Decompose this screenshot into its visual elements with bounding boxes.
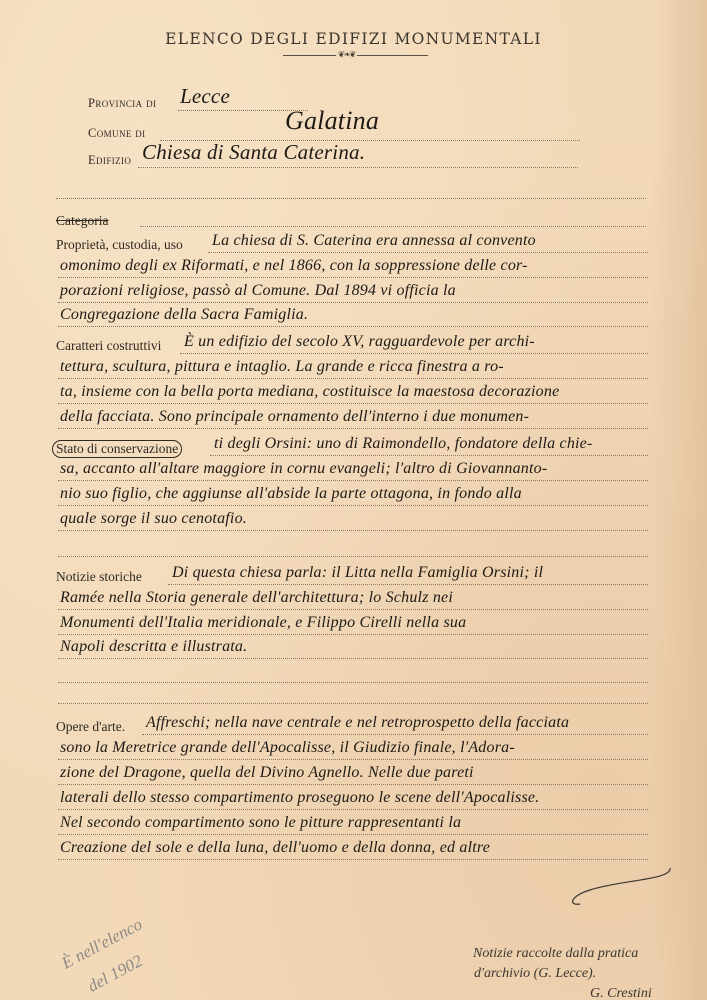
stato-line-4 — [58, 530, 648, 531]
opere-text-3: zione del Dragone, quella del Divino Agn… — [60, 764, 474, 782]
categoria-line — [140, 226, 646, 227]
flourish-icon — [560, 860, 680, 910]
stato-line-2 — [58, 480, 648, 481]
stato-text-2: sa, accanto all'altare maggiore in cornu… — [60, 460, 547, 478]
opere-label: Opere d'arte. — [56, 719, 125, 735]
caratteri-text-4: della facciata. Sono principale ornament… — [60, 408, 529, 426]
opere-line-3 — [58, 784, 648, 785]
proprieta-text-1: La chiesa di S. Caterina era annessa al … — [212, 232, 536, 250]
stato-label: Stato di conservazione — [52, 440, 182, 458]
notizie-line-3 — [58, 634, 648, 635]
caratteri-line-1 — [180, 353, 648, 354]
stato-text-1: ti degli Orsini: uno di Raimondello, fon… — [214, 435, 593, 453]
notizie-text-3: Monumenti dell'Italia meridionale, e Fil… — [60, 614, 466, 632]
categoria-label: Categoria — [56, 213, 108, 229]
opere-line-4 — [58, 809, 648, 810]
opere-line-1 — [142, 734, 648, 735]
opere-text-5: Nel secondo compartimento sono le pittur… — [60, 814, 461, 832]
proprieta-text-3: porazioni religiose, passò al Comune. Da… — [60, 282, 456, 300]
proprieta-line-1 — [208, 252, 648, 253]
document-title: ELENCO DEGLI EDIFIZI MONUMENTALI — [0, 30, 707, 48]
comune-value: Galatina — [285, 106, 379, 136]
title-ornament-icon: ❦❧❦ — [336, 50, 357, 59]
provincia-value: Lecce — [180, 84, 230, 109]
notizie-text-1: Di questa chiesa parla: il Litta nella F… — [172, 564, 543, 582]
caratteri-line-4 — [58, 428, 648, 429]
signature: G. Crestini — [590, 984, 652, 1000]
caratteri-line-3 — [58, 403, 648, 404]
opere-text-4: laterali dello stesso compartimento pros… — [60, 789, 539, 807]
footer-note-line-1: Notizie raccolte dalla pratica — [473, 944, 638, 964]
caratteri-text-2: tettura, scultura, pittura e intaglio. L… — [60, 358, 504, 376]
stato-text-3: nio suo figlio, che aggiunse all'abside … — [60, 485, 522, 503]
document-page: ELENCO DEGLI EDIFIZI MONUMENTALI ❦❧❦ Pro… — [0, 0, 707, 1000]
caratteri-text-3: ta, insieme con la bella porta mediana, … — [60, 383, 559, 401]
comune-label: Comune di — [88, 126, 146, 141]
notizie-line-1 — [168, 584, 648, 585]
notizie-text-4: Napoli descritta e illustrata. — [60, 638, 247, 656]
stato-line-1 — [210, 455, 648, 456]
proprieta-text-2: omonimo degli ex Riformati, e nel 1866, … — [60, 257, 528, 275]
opere-line-2 — [58, 759, 648, 760]
edifizio-label: Edifizio — [88, 153, 131, 168]
separator-line-2 — [58, 556, 648, 557]
opere-text-2: sono la Meretrice grande dell'Apocalisse… — [60, 739, 515, 757]
caratteri-text-1: È un edifizio del secolo XV, ragguardevo… — [184, 333, 535, 351]
footer-note-line-2: d'archivio (G. Lecce). — [474, 964, 596, 984]
edifizio-line — [138, 167, 578, 168]
caratteri-label: Caratteri costruttivi — [56, 338, 161, 354]
notizie-label: Notizie storiche — [56, 569, 142, 585]
notizie-line-2 — [58, 609, 648, 610]
caratteri-line-2 — [58, 378, 648, 379]
edifizio-value: Chiesa di Santa Caterina. — [142, 140, 365, 165]
proprieta-line-4 — [58, 326, 648, 327]
proprieta-label: Proprietà, custodia, uso — [56, 237, 183, 253]
stato-text-4: quale sorge il suo cenotafio. — [60, 510, 247, 528]
opere-text-6: Creazione del sole e della luna, dell'uo… — [60, 839, 490, 857]
proprieta-line-2 — [58, 277, 648, 278]
separator-line — [56, 198, 646, 199]
notizie-text-2: Ramée nella Storia generale dell'archite… — [60, 589, 453, 607]
opere-line-5 — [58, 834, 648, 835]
provincia-label: Provincia di — [88, 96, 156, 111]
separator-line-4 — [58, 703, 648, 704]
opere-text-1: Affreschi; nella nave centrale e nel ret… — [146, 714, 569, 732]
proprieta-text-4: Congregazione della Sacra Famiglia. — [60, 306, 308, 324]
separator-line-3 — [58, 682, 648, 683]
proprieta-line-3 — [58, 302, 648, 303]
notizie-line-4 — [58, 658, 648, 659]
stato-line-3 — [58, 505, 648, 506]
